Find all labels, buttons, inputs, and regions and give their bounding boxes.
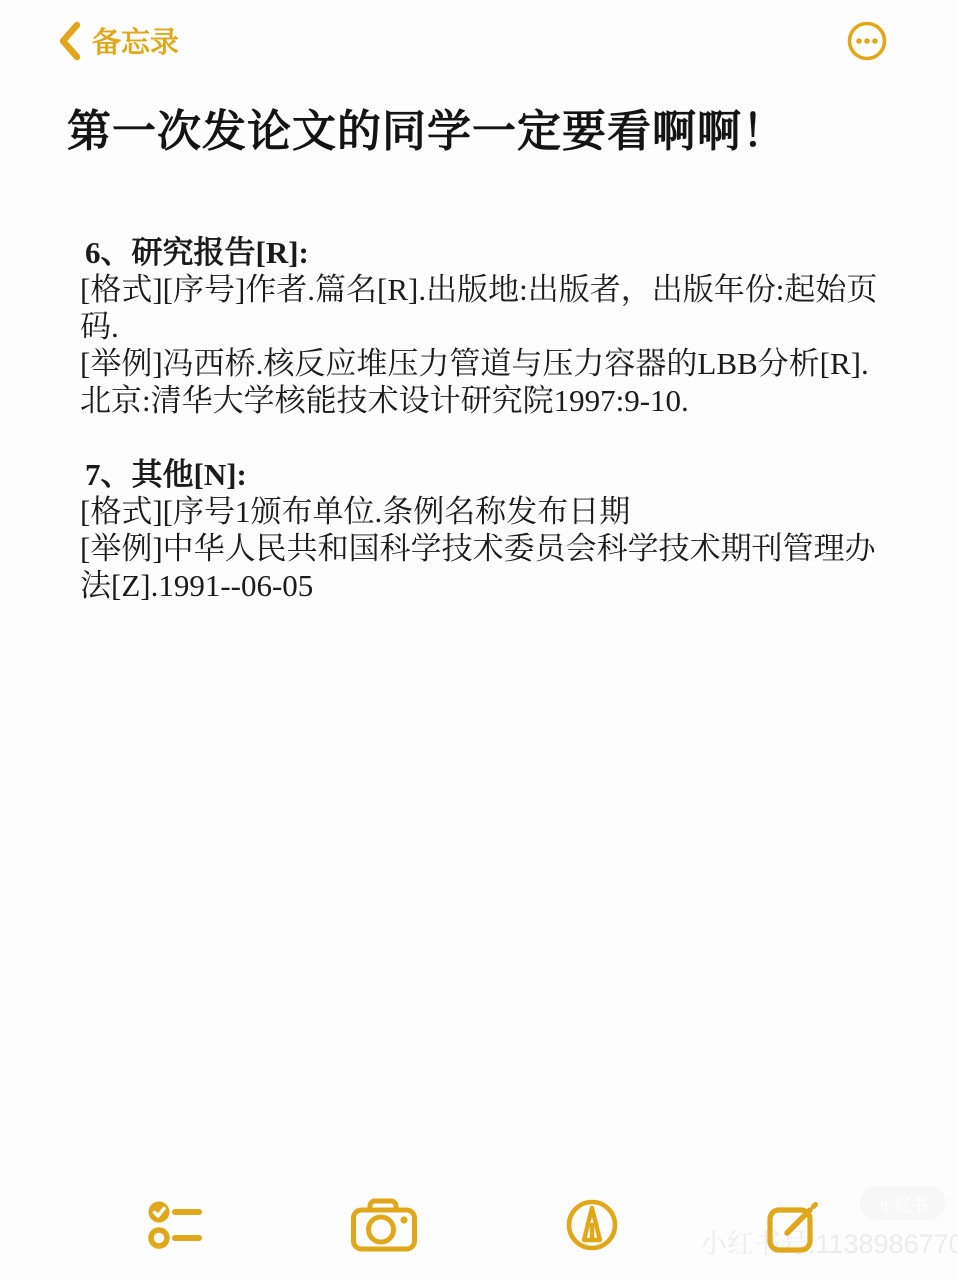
note-body[interactable]: 6、研究报告[R]: [格式][序号]作者.篇名[R].出版地:出版者，出版年份… (80, 234, 880, 641)
camera-icon (351, 1197, 417, 1253)
back-button-label: 备忘录 (92, 20, 179, 61)
note-section-other: 7、其他[N]: [格式][序号1颁布单位.条例名称发布日期 [举例]中华人民共… (80, 456, 880, 604)
markup-pen-button[interactable] (565, 1198, 619, 1252)
section-line: [举例]冯西桥.核反应堆压力管道与压力容器的LBB分析[R].北京:清华大学核能… (80, 345, 880, 419)
section-line: [举例]中华人民共和国科学技术委员会科学技术期刊管理办法[Z].1991--06… (80, 530, 880, 604)
markup-pen-icon (565, 1198, 619, 1252)
note-section-research-report: 6、研究报告[R]: [格式][序号]作者.篇名[R].出版地:出版者，出版年份… (80, 234, 880, 419)
toolbar (0, 1190, 958, 1260)
section-line: [格式][序号]作者.篇名[R].出版地:出版者，出版年份:起始页码. (80, 271, 880, 345)
notes-app-screen: 小红书号:11389867700 小红书 备忘录 第一次发 (0, 0, 958, 1280)
section-heading: 6、研究报告[R]: (80, 234, 880, 271)
compose-button[interactable] (766, 1197, 822, 1253)
checklist-button[interactable] (148, 1200, 204, 1250)
section-line: [格式][序号1颁布单位.条例名称发布日期 (80, 493, 880, 530)
ellipsis-circle-icon (846, 50, 888, 65)
section-heading: 7、其他[N]: (80, 456, 880, 493)
note-title: 第一次发论文的同学一定要看啊啊！ (67, 102, 908, 162)
compose-icon (766, 1197, 822, 1253)
back-button[interactable]: 备忘录 (56, 20, 179, 61)
nav-bar: 备忘录 (0, 0, 958, 84)
more-options-button[interactable] (846, 20, 888, 65)
camera-button[interactable] (351, 1197, 417, 1253)
checklist-icon (148, 1200, 204, 1250)
back-chevron-icon (56, 21, 82, 61)
